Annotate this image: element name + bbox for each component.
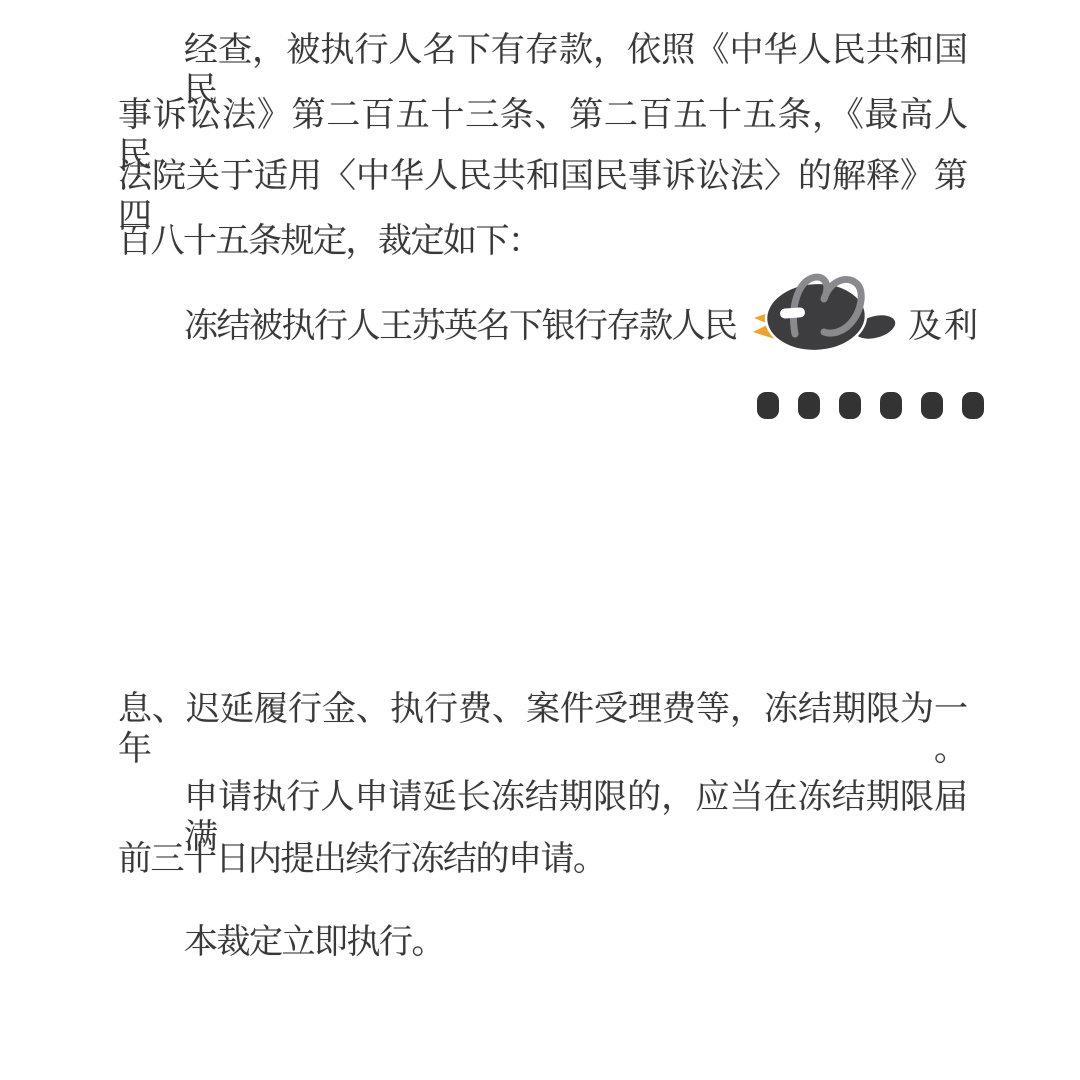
document-page: 经查，被执行人名下有存款，依照《中华人民共和国民 事诉讼法》第二百五十三条、第二… <box>0 0 1080 1080</box>
paragraph-4-line-2: 前三十日内提出续行冻结的申请。 <box>118 840 968 880</box>
redaction-dot <box>757 392 779 419</box>
redaction-dot <box>921 392 943 419</box>
paragraph-5-line-1: 本裁定立即执行。 <box>118 923 1034 963</box>
paragraph-2-text-after-sticker: 及利 <box>908 307 980 347</box>
redaction-dots <box>757 392 984 419</box>
bird-eye <box>780 307 806 319</box>
paragraph-2-text-before-sticker: 冻结被执行人王苏英名下银行存款人民 <box>184 308 737 345</box>
paragraph-3-line-1: 息、迟延履行金、执行费、案件受理费等，冻结期限为一年。 <box>118 690 968 770</box>
redaction-dot <box>798 392 820 419</box>
paragraph-2-line: 冻结被执行人王苏英名下银行存款人民 及利 <box>118 307 968 347</box>
redaction-dot <box>880 392 902 419</box>
paragraph-1-line-4: 百八十五条规定，裁定如下： <box>118 222 968 262</box>
redaction-dot <box>839 392 861 419</box>
bird-sticker-icon <box>750 271 898 361</box>
redaction-dot <box>962 392 984 419</box>
